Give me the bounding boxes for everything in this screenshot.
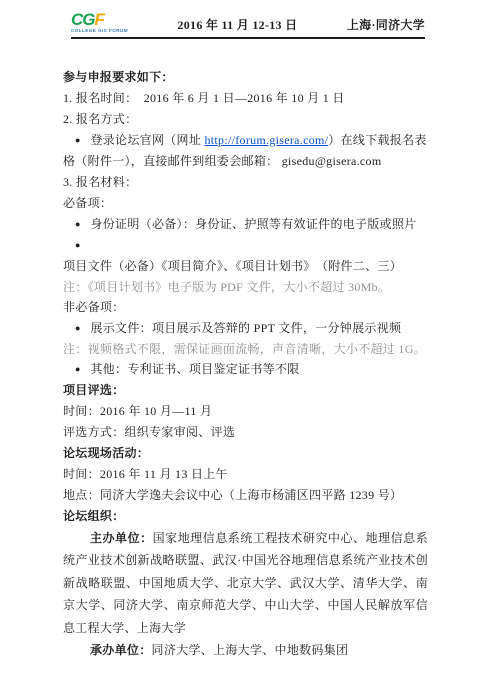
requirements-heading: 参与申报要求如下： xyxy=(63,67,428,88)
identity-proof-bullet: ●身份证明（必备）：身份证、护照等有效证件的电子版或照片 xyxy=(63,214,428,235)
display-files-text: 展示文件：项目展示及答辩的 PPT 文件，一分钟展示视频 xyxy=(90,321,401,335)
organization-heading: 论坛组织： xyxy=(63,506,428,527)
host-units-list: 国家地理信息系统工程技术研究中心、地理信息系统产业技术创新战略联盟、武汉·中国光… xyxy=(63,531,428,635)
optional-items-label: 非必备项： xyxy=(63,297,428,318)
forum-activity-heading: 论坛现场活动： xyxy=(63,443,428,464)
bullet-icon: ● xyxy=(75,135,80,145)
video-size-note: 注：视频格式不限，需保证画面流畅，声音清晰，大小不超过 1G。 xyxy=(63,339,428,359)
bullet-icon: ● xyxy=(75,323,80,333)
signup-materials-item: 3. 报名材料： xyxy=(63,172,428,193)
logo-letter-c: C xyxy=(71,10,82,29)
evaluation-method: 评选方式：组织专家审阅、评选 xyxy=(63,422,428,443)
bullet-icon: ● xyxy=(75,240,80,250)
signup-time-item: 1. 报名时间： 2016 年 6 月 1 日—2016 年 10 月 1 日 xyxy=(63,88,428,109)
project-files-text: 项目文件（必备）《项目简介》、《项目计划书》 （附件二、三） xyxy=(63,259,402,273)
signup-website-text-pre: 登录论坛官网（网址 xyxy=(90,133,204,147)
header-venue: 上海·同济大学 xyxy=(347,16,425,34)
cgf-logo-subtitle: COLLEGE GIS FORUM xyxy=(71,29,128,34)
page-header: CGF COLLEGE GIS FORUM 2016 年 11 月 12-13 … xyxy=(71,11,425,39)
identity-proof-text: 身份证明（必备）：身份证、护照等有效证件的电子版或照片 xyxy=(90,217,416,231)
forum-activity-venue: 地点：同济大学逸夫会议中心（上海市杨浦区四平路 1239 号） xyxy=(63,485,428,506)
forum-website-link[interactable]: http://forum.gisera.com/ xyxy=(204,133,328,147)
display-files-bullet: ●展示文件：项目展示及答辩的 PPT 文件，一分钟展示视频 xyxy=(63,318,428,339)
required-items-label: 必备项： xyxy=(63,193,428,214)
bullet-icon: ● xyxy=(75,219,80,229)
bullet-icon: ● xyxy=(75,364,80,374)
document-body: 参与申报要求如下： 1. 报名时间： 2016 年 6 月 1 日—2016 年… xyxy=(63,67,428,662)
logo-letter-f: F xyxy=(95,10,104,29)
organizer-units-label: 承办单位： xyxy=(90,643,152,657)
project-files-bullet: ●项目文件（必备）《项目简介》、《项目计划书》 （附件二、三） xyxy=(63,235,428,277)
host-units-paragraph: 主办单位：国家地理信息系统工程技术研究中心、地理信息系统产业技术创新战略联盟、武… xyxy=(63,527,428,640)
signup-method-item: 2. 报名方式： xyxy=(63,109,428,130)
header-date: 2016 年 11 月 12-13 日 xyxy=(177,16,297,34)
cgf-logo: CGF COLLEGE GIS FORUM xyxy=(71,11,128,34)
host-units-label: 主办单位： xyxy=(90,531,153,545)
forum-activity-time: 时间：2016 年 11 月 13 日上午 xyxy=(63,464,428,485)
evaluation-heading: 项目评选： xyxy=(63,380,428,401)
evaluation-time: 时间：2016 年 10 月—11 月 xyxy=(63,401,428,422)
organizer-units-list: 同济大学、上海大学、中地数码集团 xyxy=(152,643,349,657)
signup-website-bullet: ●登录论坛官网（网址 http://forum.gisera.com/）在线下载… xyxy=(63,130,428,172)
logo-letter-g: G xyxy=(82,10,94,29)
document-page: CGF COLLEGE GIS FORUM 2016 年 11 月 12-13 … xyxy=(0,0,493,700)
cgf-logo-text: CGF xyxy=(71,11,128,28)
pdf-size-note: 注：《项目计划书》电子版为 PDF 文件，大小不超过 30Mb。 xyxy=(63,277,428,297)
other-materials-bullet: ●其他：专利证书、项目鉴定证书等不限 xyxy=(63,359,428,380)
organizer-units-paragraph: 承办单位：同济大学、上海大学、中地数码集团 xyxy=(63,639,428,662)
other-materials-text: 其他：专利证书、项目鉴定证书等不限 xyxy=(90,362,299,376)
